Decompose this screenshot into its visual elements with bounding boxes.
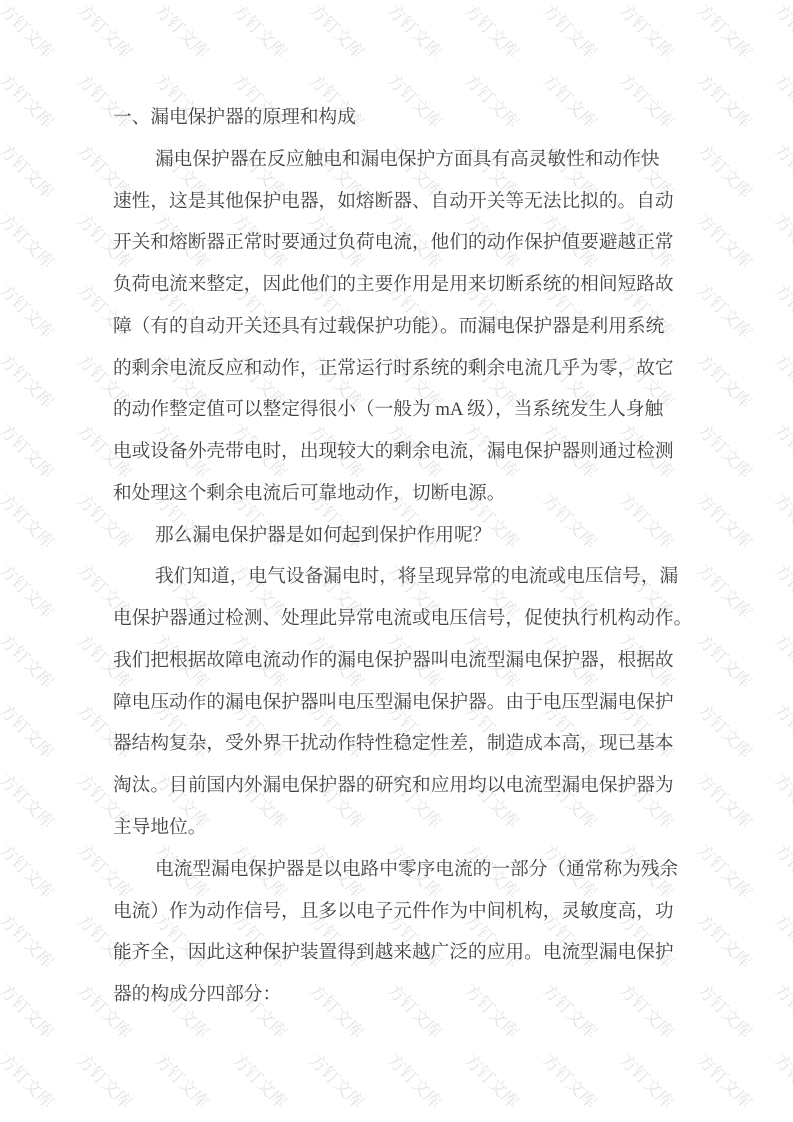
watermark-text: 方钉文库	[0, 137, 61, 203]
watermark-text: 方钉文库	[693, 0, 759, 63]
watermark-text: 方钉文库	[73, 1047, 139, 1113]
watermark-text: 方钉文库	[0, 67, 61, 133]
watermark-text: 方钉文库	[538, 1047, 604, 1113]
watermark-text: 方钉文库	[0, 837, 61, 903]
paragraph-1: 漏电保护器在反应触电和漏电保护方面具有高灵敏性和动作快 速性，这是其他保护电器，…	[113, 139, 733, 515]
watermark-text: 方钉文库	[0, 417, 61, 483]
watermark-text: 方钉文库	[693, 1047, 759, 1113]
watermark-text: 方钉文库	[305, 1047, 371, 1113]
watermark-text: 方钉文库	[460, 1047, 526, 1113]
watermark-text: 方钉文库	[228, 0, 294, 63]
watermark-text: 方钉文库	[770, 697, 793, 763]
watermark-text: 方钉文库	[770, 767, 793, 833]
watermark-text: 方钉文库	[150, 0, 216, 63]
watermark-text: 方钉文库	[770, 907, 793, 973]
watermark-text: 方钉文库	[770, 277, 793, 343]
watermark-text: 方钉文库	[0, 0, 61, 63]
paragraph-4: 电流型漏电保护器是以电路中零序电流的一部分（通常称为残余 电流）作为动作信号，且…	[113, 849, 733, 1016]
watermark-text: 方钉文库	[615, 0, 681, 63]
document-page: 方钉文库方钉文库方钉文库方钉文库方钉文库方钉文库方钉文库方钉文库方钉文库方钉文库…	[0, 0, 793, 1122]
watermark-text: 方钉文库	[460, 0, 526, 63]
watermark-text: 方钉文库	[150, 1047, 216, 1113]
watermark-text: 方钉文库	[0, 627, 61, 693]
watermark-text: 方钉文库	[770, 137, 793, 203]
watermark-text: 方钉文库	[305, 0, 371, 63]
watermark-text: 方钉文库	[770, 837, 793, 903]
watermark-text: 方钉文库	[0, 207, 61, 273]
watermark-text: 方钉文库	[615, 1047, 681, 1113]
section-heading: 一、漏电保护器的原理和构成	[113, 97, 733, 139]
watermark-text: 方钉文库	[770, 417, 793, 483]
watermark-text: 方钉文库	[383, 0, 449, 63]
watermark-text: 方钉文库	[0, 767, 61, 833]
watermark-text: 方钉文库	[538, 0, 604, 63]
watermark-text: 方钉文库	[770, 0, 793, 63]
watermark-text: 方钉文库	[0, 347, 61, 413]
document-content: 一、漏电保护器的原理和构成 漏电保护器在反应触电和漏电保护方面具有高灵敏性和动作…	[113, 97, 733, 1016]
watermark-text: 方钉文库	[770, 487, 793, 553]
watermark-text: 方钉文库	[0, 277, 61, 343]
watermark-text: 方钉文库	[0, 697, 61, 763]
watermark-text: 方钉文库	[770, 67, 793, 133]
watermark-text: 方钉文库	[383, 1047, 449, 1113]
watermark-text: 方钉文库	[770, 977, 793, 1043]
watermark-text: 方钉文库	[770, 347, 793, 413]
watermark-text: 方钉文库	[0, 907, 61, 973]
watermark-text: 方钉文库	[228, 1047, 294, 1113]
paragraph-2: 那么漏电保护器是如何起到保护作用呢？	[113, 515, 733, 557]
watermark-text: 方钉文库	[770, 557, 793, 623]
paragraph-3: 我们知道，电气设备漏电时，将呈现异常的电流或电压信号，漏 电保护器通过检测、处理…	[113, 556, 733, 848]
watermark-text: 方钉文库	[770, 627, 793, 693]
watermark-text: 方钉文库	[73, 0, 139, 63]
watermark-text: 方钉文库	[0, 1047, 61, 1113]
watermark-text: 方钉文库	[0, 487, 61, 553]
watermark-text: 方钉文库	[770, 207, 793, 273]
watermark-text: 方钉文库	[0, 557, 61, 623]
watermark-text: 方钉文库	[0, 977, 61, 1043]
watermark-text: 方钉文库	[770, 1047, 793, 1113]
